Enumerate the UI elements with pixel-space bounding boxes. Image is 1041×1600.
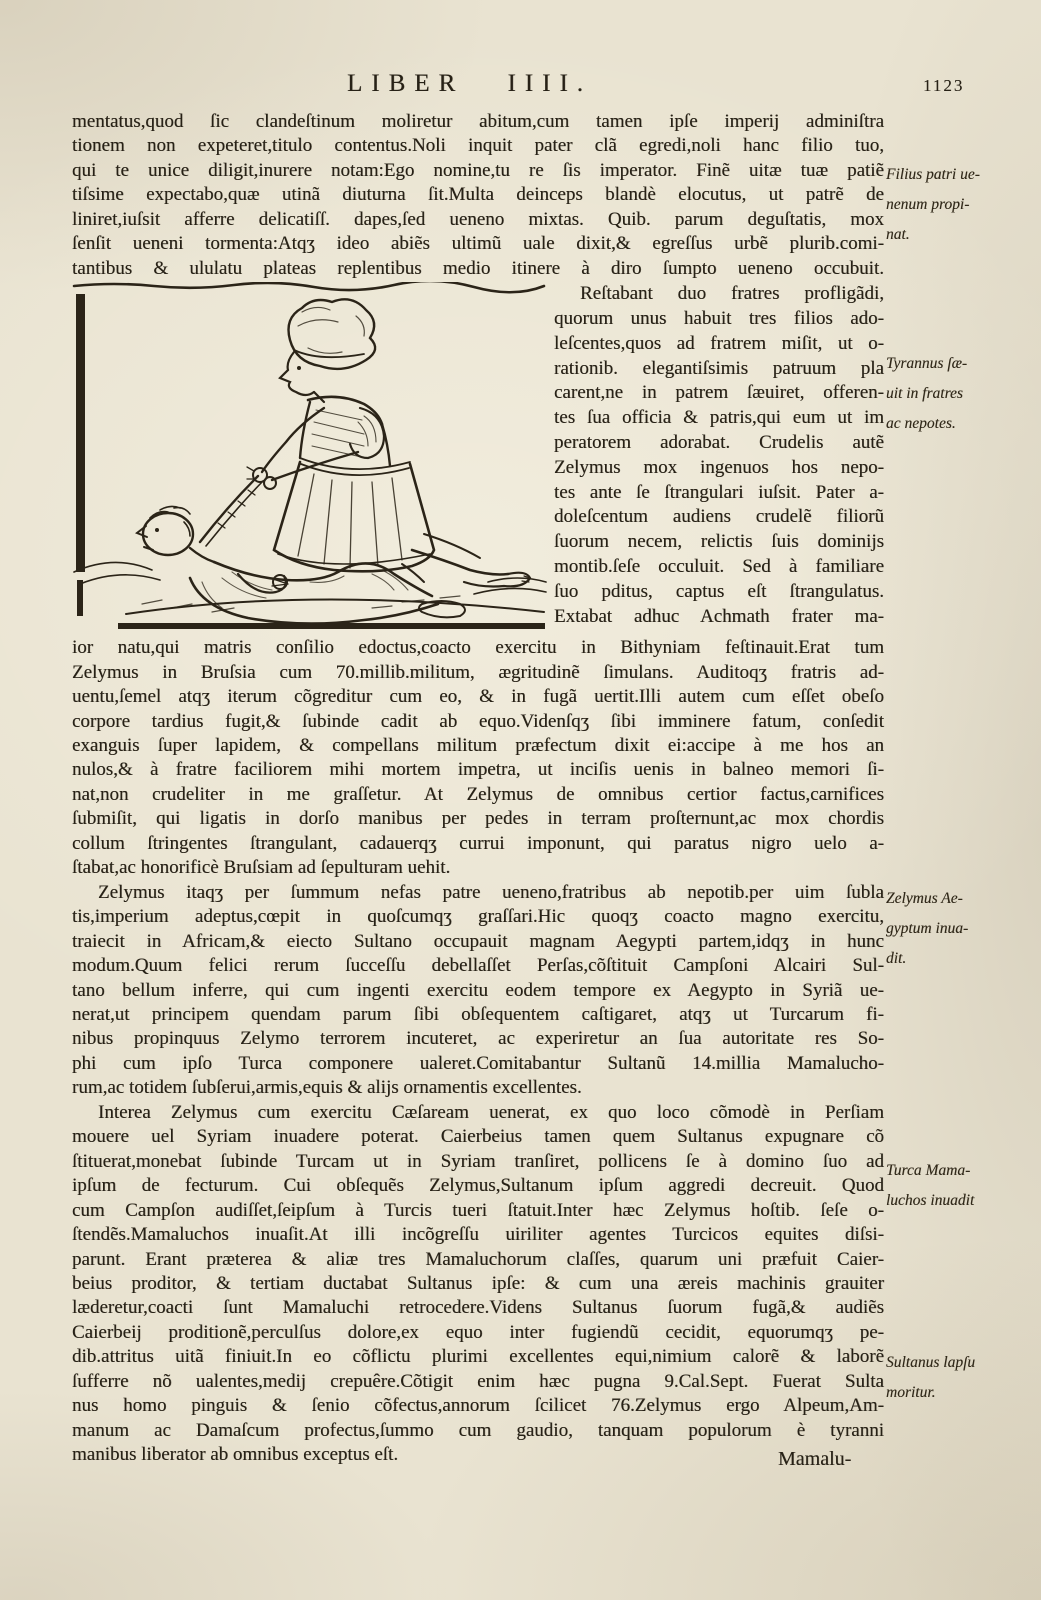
text-line: nus homo pinguis & ſenio cõfectus,annoru… [72, 1394, 884, 1418]
text-block: mentatus,quod ſic clandeſtinum moliretur… [72, 110, 884, 1468]
text-line: leſcentes,quos ad fratrem miſit, ut o- [554, 332, 884, 357]
text-line: uentu,ſemel atqʒ iterum cõgreditur cum e… [72, 685, 884, 709]
text-line: Extabat adhuc Achmath frater ma- [554, 605, 884, 630]
text-line: mouere uel Syriam inuadere poterat. Caie… [72, 1125, 884, 1149]
woodcut-strangulation-illustration [72, 282, 550, 634]
text-line: rum,ac totidem ſubſerui,armis,equis & al… [72, 1076, 884, 1100]
margin-note-line: nenum propi- [886, 190, 1038, 220]
margin-note-line: Tyrannus ſæ- [886, 349, 1038, 379]
text-line: Interea Zelymus cum exercitu Cæſaream ue… [72, 1101, 884, 1125]
text-line: carent,ne in patrem ſæuiret, offeren- [554, 381, 884, 406]
text-line: ſenſit ueneni tormenta:Atqʒ ideo abiẽs u… [72, 232, 884, 256]
text-line: tis,imperium adeptus,cœpit in quoſcumqʒ … [72, 905, 884, 929]
text-line: peratorem adorabat. Crudelis autẽ [554, 431, 884, 456]
text-line: Caierbeij proditionẽ,perculſus dolore,ex… [72, 1321, 884, 1345]
margin-note-line: gyptum inua- [886, 914, 1038, 944]
book-page: LIBER IIII. 1123 mentatus,quod ſic cland… [0, 0, 1041, 1600]
text-line: montib.ſeſe occuluit. Sed à familiare [554, 555, 884, 580]
text-line: traiecit in Africam,& eiecto Sultano occ… [72, 930, 884, 954]
page-number: 1123 [923, 76, 964, 96]
text-line: liniret,iuſsit afferre delicatiſſ. dapes… [72, 208, 884, 232]
text-line: cum Campſon audiſſet,ſeipſum à Turcis tu… [72, 1199, 884, 1223]
text-line: corpore tardius fugit,& ſubinde cadit ab… [72, 710, 884, 734]
margin-note-line: dit. [886, 944, 1038, 974]
catchword: Mamalu- [778, 1448, 851, 1471]
text-line: dib.attritus uitã finiuit.In eo cõflictu… [72, 1345, 884, 1369]
text-line: manum ac Damaſcum profectus,ſummo cum ga… [72, 1419, 884, 1443]
text-line: ior natu,qui matris conſilio edoctus,coa… [72, 636, 884, 660]
text-line: nibus propinquus Zelymo terrorem incuter… [72, 1027, 884, 1051]
body-paragraph-1: mentatus,quod ſic clandeſtinum moliretur… [72, 110, 884, 281]
text-line: ſtituerat,monebat ſubinde Turcam ut in S… [72, 1150, 884, 1174]
text-line: exanguis ſuper lapidem, & compellans mil… [72, 734, 884, 758]
text-line: ſuo pditus, captus eſt ſtrangulatus. [554, 580, 884, 605]
text-line: tantibus & ululatu plateas replentibus m… [72, 257, 884, 281]
figure-row: Reſtabant duo fratres profligãdi,quorum … [72, 282, 884, 634]
text-line: Zelymus in Bruſsia cum 70.millib.militum… [72, 661, 884, 685]
body-paragraph-4: Interea Zelymus cum exercitu Cæſaream ue… [72, 1101, 884, 1468]
text-line: tes ſua officia & patris,qui eum ut im [554, 406, 884, 431]
text-line: Zelymus itaqʒ per ſummum nefas patre uen… [72, 881, 884, 905]
margin-note-line: luchos inuadit [886, 1186, 1038, 1216]
text-line: ſtendẽs.Mamaluchos inuaſit.At illi incõg… [72, 1223, 884, 1247]
margin-note-line: Filius patri ue- [886, 160, 1038, 190]
text-line: tiſsime expectabo,quæ utinã diuturna ſit… [72, 183, 884, 207]
text-line: ſuorum necem, relictis ſuis dominijs [554, 530, 884, 555]
margin-note-line: Sultanus lapſu [886, 1348, 1038, 1378]
margin-note: Sultanus lapſumoritur. [886, 1348, 1038, 1408]
body-paragraph-2: ior natu,qui matris conſilio edoctus,coa… [72, 636, 884, 881]
text-line: mentatus,quod ſic clandeſtinum moliretur… [72, 110, 884, 134]
text-line: tionem non expeteret,titulo contentus.No… [72, 134, 884, 158]
text-line: læderetur,coacti ſunt Mamaluchi retroced… [72, 1296, 884, 1320]
margin-note-line: Zelymus Ae- [886, 884, 1038, 914]
margin-note: Zelymus Ae-gyptum inua-dit. [886, 884, 1038, 974]
text-line: tes ante ſe ſtrangulari iuſsit. Pater a- [554, 481, 884, 506]
margin-note-line: Turca Mama- [886, 1156, 1038, 1186]
margin-note: Filius patri ue-nenum propi-nat. [886, 160, 1038, 250]
text-line: ſufferre nõ ualentes,medij crepuêre.Cõti… [72, 1370, 884, 1394]
margin-note-line: nat. [886, 220, 1038, 250]
text-line: nat,non crudeliter in me graſſetur. At Z… [72, 783, 884, 807]
text-line: parunt. Erant præterea & aliæ tres Mamal… [72, 1248, 884, 1272]
text-line: doleſcentum audiens crudelẽ filiorũ [554, 505, 884, 530]
margin-note: Turca Mama-luchos inuadit [886, 1156, 1038, 1216]
text-line: rationib. elegantiſsimis patruum pla [554, 357, 884, 382]
margin-note-line: ac nepotes. [886, 409, 1038, 439]
body-paragraph-3: Zelymus itaqʒ per ſummum nefas patre uen… [72, 881, 884, 1101]
text-line: qui te unice diligit,inurere notam:Ego n… [72, 159, 884, 183]
text-line: beius proditor, & tertiam ductabat Sulta… [72, 1272, 884, 1296]
text-line: ſtabat,ac honorificè Bruſsiam ad ſepultu… [72, 856, 884, 880]
book-title: LIBER IIII. [347, 70, 592, 98]
text-line: ſubmiſit, qui ligatis in dorſo manibus p… [72, 807, 884, 831]
text-line: collum ſtringentes ſtrangulant, cadauerq… [72, 832, 884, 856]
text-line: modum.Quum felici rerum ſucceſſu debella… [72, 954, 884, 978]
text-line: Reſtabant duo fratres profligãdi, [554, 282, 884, 307]
margin-note: Tyrannus ſæ-uit in fratresac nepotes. [886, 349, 1038, 439]
text-line: Zelymus mox ingenuos hos nepo- [554, 456, 884, 481]
text-line: quorum unus habuit tres filios ado- [554, 307, 884, 332]
text-line: manibus liberator ab omnibus exceptus eſ… [72, 1443, 884, 1467]
text-line: phi cum ipſo Turca componere ualeret.Com… [72, 1052, 884, 1076]
text-line: nerat,ut principem quendam parum ſibi ob… [72, 1003, 884, 1027]
margin-note-line: moritur. [886, 1378, 1038, 1408]
text-line: ipſum de fecturum. Cui obſequẽs Zelymus,… [72, 1174, 884, 1198]
column-beside-woodcut: Reſtabant duo fratres profligãdi,quorum … [554, 282, 884, 634]
margin-note-line: uit in fratres [886, 379, 1038, 409]
text-line: tano bellum inferre, qui cum ingenti exe… [72, 979, 884, 1003]
text-line: nulos,& à fratre faciliorem mihi mortem … [72, 758, 884, 782]
